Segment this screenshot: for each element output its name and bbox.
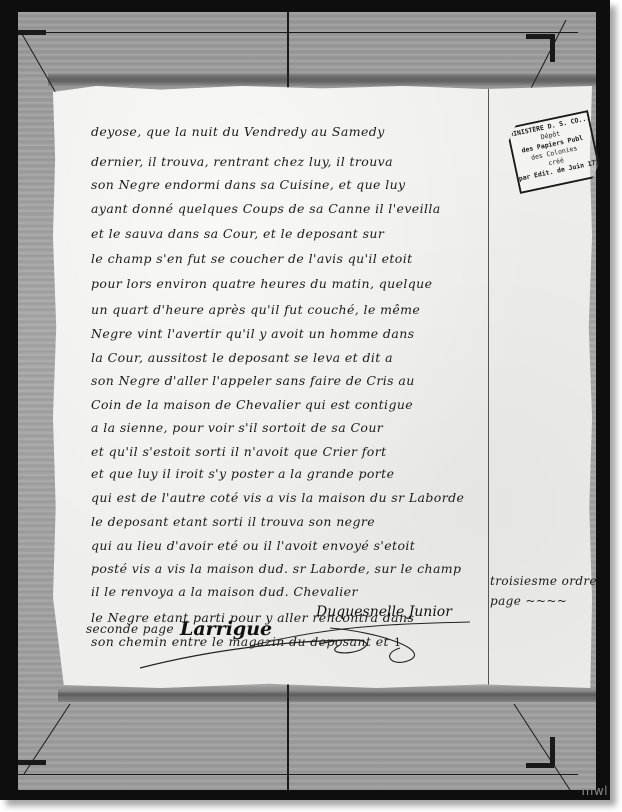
manuscript-line: dernier, il trouva, rentrant chez luy, i… (91, 154, 393, 169)
manuscript-line: Negre vint l'avertir qu'il y avoit un ho… (91, 326, 414, 341)
manuscript-line: son Negre endormi dans sa Cuisine, et qu… (91, 177, 406, 192)
margin-note-right-line2: page ~~~~ (490, 594, 567, 608)
manuscript-line: la Cour, aussitost le deposant se leva e… (91, 350, 393, 365)
page-mark: 1 (394, 636, 401, 649)
watermark: mwl (582, 784, 608, 798)
manuscript-line: qui au lieu d'avoir eté ou il l'avoit en… (91, 538, 415, 553)
manuscript-line: et que luy il iroit s'y poster a la gran… (91, 466, 394, 481)
manuscript-line: le champ s'en fut se coucher de l'avis q… (91, 251, 413, 266)
margin-note-right-line1: troisiesme ordre (490, 574, 597, 588)
paper-shadow-bottom (58, 688, 596, 702)
manuscript-line: deyose, que la nuit du Vendredy au Samed… (91, 124, 385, 139)
manuscript-line: qui est de l'autre coté vis a vis la mai… (91, 490, 464, 505)
manuscript-line: le deposant etant sorti il trouva son ne… (91, 514, 375, 529)
manuscript-line: Coin de la maison de Chevalier qui est c… (91, 397, 413, 412)
paper-shadow-top (48, 72, 596, 86)
manuscript-line: ayant donné quelques Coups de sa Canne i… (91, 201, 441, 216)
manuscript-line: pour lors environ quatre heures du matin… (91, 276, 432, 291)
signature-flourish (130, 610, 490, 680)
margin-rule (488, 86, 489, 688)
manuscript-line: son Negre d'aller l'appeler sans faire d… (91, 373, 415, 388)
manuscript-line: il le renvoya a la maison dud. Chevalier (91, 584, 358, 599)
manuscript-line: a la sienne, pour voir s'il sortoit de s… (91, 420, 383, 435)
manuscript-line: et qu'il s'estoit sorti il n'avoit que C… (91, 444, 387, 459)
manuscript-line: et le sauva dans sa Cour, et le deposant… (91, 226, 384, 241)
manuscript-line: posté vis a vis la maison dud. sr Labord… (91, 561, 461, 576)
manuscript-line: un quart d'heure après qu'il fut couché,… (91, 302, 420, 317)
